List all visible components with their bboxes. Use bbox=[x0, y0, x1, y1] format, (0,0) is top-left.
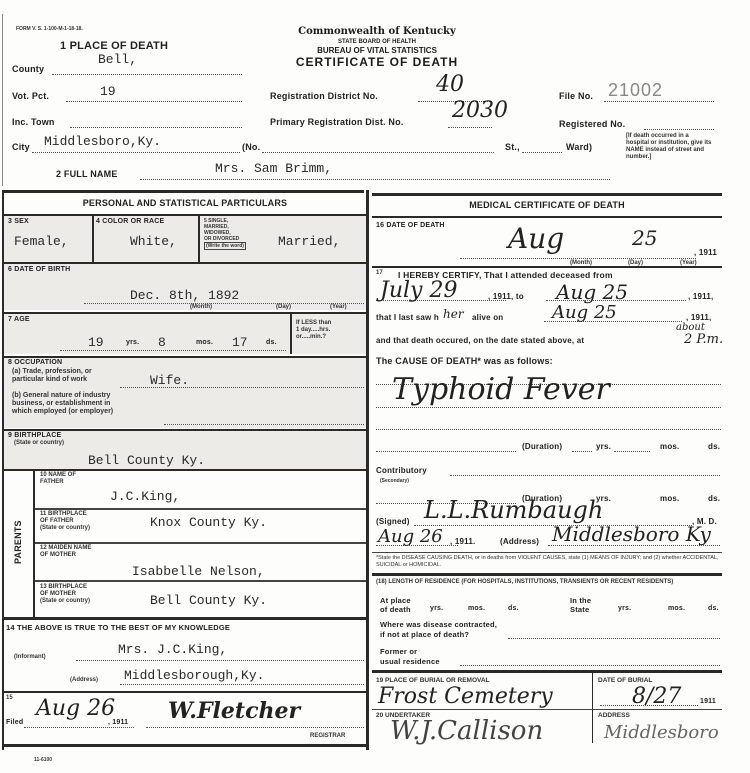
last-saw-year: , 1911, bbox=[686, 313, 711, 322]
cause-line bbox=[376, 407, 721, 408]
registration-district-label: Registration District No. bbox=[270, 91, 378, 101]
filed-year: , 1911 bbox=[108, 719, 128, 726]
file-no-label: File No. bbox=[559, 91, 593, 101]
hospital-note: [If death occurred in a hospital or inst… bbox=[626, 133, 712, 161]
death-time: 2 P.m. bbox=[684, 332, 723, 347]
duration-label: (Duration) bbox=[522, 442, 562, 451]
residence-title: (18) LENGTH OF RESIDENCE (FOR HOSPITALS,… bbox=[376, 579, 721, 586]
signed-date: Aug 26 bbox=[378, 526, 443, 547]
rule bbox=[372, 216, 722, 218]
color-race-value: White, bbox=[130, 234, 177, 249]
rule bbox=[372, 266, 722, 268]
filed-value: Aug 26 bbox=[36, 696, 115, 721]
age-ds-label: ds. bbox=[266, 339, 277, 346]
contracted-line bbox=[508, 638, 720, 639]
cause-label: The CAUSE OF DEATH* was as follows: bbox=[376, 356, 553, 366]
occupation-a-value: Wife. bbox=[150, 373, 189, 388]
last-saw-date: Aug 25 bbox=[552, 302, 617, 323]
certificate-title: CERTIFICATE OF DEATH bbox=[262, 55, 492, 69]
rule bbox=[4, 691, 366, 693]
parents-divider bbox=[33, 469, 35, 619]
inc-town-line bbox=[70, 127, 242, 128]
street-no-label: (No. bbox=[242, 142, 260, 152]
state-board: STATE BOARD OF HEALTH bbox=[262, 39, 492, 45]
vot-pct-value: 19 bbox=[100, 84, 116, 99]
birthplace-label: 9 BIRTHPLACE bbox=[8, 432, 61, 439]
duration-yrs-line bbox=[572, 451, 592, 452]
address-value: Middlesborough,Ky. bbox=[124, 668, 264, 683]
duration-ds: ds. bbox=[708, 442, 720, 451]
occupation-a-label: (a) Trade, profession, or particular kin… bbox=[12, 368, 92, 384]
former-residence-line bbox=[460, 665, 720, 666]
street-line bbox=[262, 152, 494, 153]
primary-registration-value: 2030 bbox=[452, 98, 508, 123]
in-state-label: In the State bbox=[570, 596, 600, 614]
last-saw-mid: alive on bbox=[472, 313, 503, 322]
duration-line bbox=[376, 451, 516, 452]
rule bbox=[4, 469, 366, 471]
cause-value: Typhoid Fever bbox=[392, 372, 610, 407]
rule bbox=[35, 508, 366, 510]
burial-place-value: Frost Cemetery bbox=[378, 684, 553, 709]
medical-section-title: MEDICAL CERTIFICATE OF DEATH bbox=[372, 200, 722, 210]
undertaker-address-value: Middlesboro bbox=[604, 722, 719, 743]
in-state-ds: ds. bbox=[708, 605, 719, 612]
burial-date-label: DATE OF BURIAL bbox=[598, 677, 652, 684]
contributory-line bbox=[450, 475, 720, 476]
informant-title: 14 THE ABOVE IS TRUE TO THE BEST OF MY K… bbox=[6, 623, 230, 632]
street-label: St., bbox=[505, 142, 520, 152]
cause-footnote: *State the DISEASE CAUSING DEATH, or in … bbox=[376, 555, 721, 569]
dob-year-caption: (Year) bbox=[330, 304, 347, 311]
mother-name-label: 12 MAIDEN NAME OF MOTHER bbox=[40, 545, 91, 559]
death-occurred-text: and that death occured, on the date stat… bbox=[376, 336, 584, 345]
at-place-yrs: yrs. bbox=[430, 605, 443, 612]
left-top-rule bbox=[2, 190, 364, 193]
secondary-label: (Secondary) bbox=[380, 478, 409, 485]
age-yrs-label: yrs. bbox=[126, 339, 139, 346]
city-line bbox=[32, 152, 240, 153]
burial-place-label: 19 PLACE OF BURIAL OR REMOVAL bbox=[376, 677, 490, 684]
center-divider bbox=[366, 190, 369, 750]
full-name-line bbox=[140, 179, 610, 180]
form-code: 11-6100 bbox=[34, 757, 52, 764]
informant-line bbox=[76, 660, 364, 661]
doctor-address-label: (Address) bbox=[500, 537, 539, 546]
less-than-day: If LESS than 1 day.....hrs. or.....min.? bbox=[296, 320, 331, 341]
age-days: 17 bbox=[232, 335, 248, 350]
date-of-death-year: , 1911 bbox=[694, 248, 717, 257]
bottom-rule bbox=[2, 744, 368, 747]
left-edge bbox=[2, 14, 3, 186]
form-number: FORM V. S. 1-100-M-1-18-18. bbox=[16, 26, 83, 33]
inc-town-label: Inc. Town bbox=[12, 117, 55, 127]
age-years: 19 bbox=[88, 335, 104, 350]
father-name-value: J.C.King, bbox=[110, 489, 180, 504]
personal-section-title: PERSONAL AND STATISTICAL PARTICULARS bbox=[4, 198, 366, 208]
occupation-b-line bbox=[164, 424, 364, 425]
informant-value: Mrs. J.C.King, bbox=[118, 642, 227, 657]
duration-yrs: yrs. bbox=[596, 442, 611, 451]
rule bbox=[372, 670, 722, 673]
signed-value: L.L.Rumbaugh bbox=[424, 496, 603, 524]
rule bbox=[35, 542, 366, 544]
informant-label: (Informant) bbox=[14, 654, 46, 661]
sex-label: 3 SEX bbox=[8, 218, 29, 225]
occupation-b-label: (b) General nature of industry business,… bbox=[12, 392, 113, 416]
contracted-label: Where was disease contracted, if not at … bbox=[380, 620, 497, 640]
attended-to: Aug 25 bbox=[556, 280, 628, 304]
dob-month-caption: (Month) bbox=[190, 304, 212, 311]
father-birthplace-value: Knox County Ky. bbox=[150, 515, 267, 530]
filed-number: 15 bbox=[6, 695, 13, 702]
rule bbox=[372, 552, 722, 553]
filed-line bbox=[24, 727, 134, 728]
registration-district-value: 40 bbox=[436, 72, 464, 97]
county-label: County bbox=[12, 64, 44, 74]
attended-from: July 29 bbox=[380, 278, 457, 303]
signed-label: (Signed) bbox=[376, 517, 410, 526]
dob-line bbox=[84, 303, 364, 304]
full-name-label: 2 FULL NAME bbox=[56, 169, 118, 179]
in-state-yrs: yrs. bbox=[618, 605, 631, 612]
at-place-label: At place of death bbox=[380, 596, 420, 614]
issuing-authority: Commonwealth of Kentucky STATE BOARD OF … bbox=[262, 26, 492, 69]
dob-value: Dec. 8th, 1892 bbox=[130, 288, 239, 303]
duration-mos: mos. bbox=[660, 442, 679, 451]
address-line bbox=[120, 684, 364, 685]
last-saw-prefix: that I last saw h bbox=[376, 313, 439, 322]
color-race-label: 4 COLOR OR RACE bbox=[96, 218, 164, 225]
mother-birthplace-label: 13 BIRTHPLACE OF MOTHER (State or countr… bbox=[40, 584, 90, 605]
rule bbox=[372, 709, 722, 710]
file-no-line bbox=[604, 101, 714, 102]
birthplace-sub: (State or country) bbox=[14, 440, 64, 447]
registered-no-label: Registered No. bbox=[559, 119, 625, 129]
mother-birthplace-value: Bell County Ky. bbox=[150, 593, 267, 608]
sex-value: Female, bbox=[14, 234, 69, 249]
dob-day-caption: (Day) bbox=[276, 304, 291, 311]
ward-line bbox=[522, 152, 562, 153]
father-name-label: 10 NAME OF FATHER bbox=[40, 472, 76, 486]
county-line bbox=[52, 74, 242, 75]
commonwealth-title: Commonwealth of Kentucky bbox=[262, 26, 492, 37]
marital-label: 5 SINGLE, MARRIED, WIDOWED, OR DIVORCED … bbox=[204, 218, 246, 250]
signed-year: , 1911. bbox=[450, 537, 475, 546]
certify-number: 17 bbox=[376, 270, 383, 277]
date-of-death-line bbox=[460, 258, 696, 259]
former-residence-label: Former or usual residence bbox=[380, 647, 440, 667]
rule bbox=[372, 573, 722, 576]
date-of-death-month: Aug bbox=[508, 222, 564, 255]
date-of-death-day: 25 bbox=[632, 226, 657, 250]
mother-name-value: Isabbelle Nelson, bbox=[132, 564, 265, 579]
birthplace-value: Bell County Ky. bbox=[88, 453, 205, 468]
last-saw-pronoun: her bbox=[443, 307, 464, 321]
registrar-signature: W.Fletcher bbox=[168, 698, 300, 724]
divider bbox=[592, 673, 593, 743]
date-of-death-label: 16 DATE OF DEATH bbox=[376, 222, 445, 229]
divider bbox=[290, 314, 292, 354]
duration-ds-2: ds. bbox=[708, 494, 720, 503]
age-line bbox=[60, 350, 286, 351]
county-value: Bell, bbox=[98, 52, 137, 67]
age-label: 7 AGE bbox=[8, 316, 30, 323]
right-top-rule bbox=[372, 193, 722, 196]
attended-to-year: , 1911, bbox=[688, 292, 713, 301]
rule bbox=[35, 580, 366, 582]
marital-value: Married, bbox=[278, 234, 340, 249]
vot-pct-line bbox=[66, 101, 242, 102]
full-name-value: Mrs. Sam Brimm, bbox=[215, 161, 332, 176]
at-place-ds: ds. bbox=[508, 605, 519, 612]
address-label: (Address) bbox=[70, 677, 98, 684]
registered-no-line bbox=[644, 129, 714, 130]
father-birthplace-label: 11 BIRTHPLACE OF FATHER (State or countr… bbox=[40, 511, 90, 532]
divider bbox=[198, 216, 200, 262]
parents-vertical-label: PARENTS bbox=[13, 536, 23, 564]
age-mos-label: mos. bbox=[196, 339, 213, 346]
duration-mos-2: mos. bbox=[660, 494, 679, 503]
duration-mos-line bbox=[614, 451, 650, 452]
ward-label: Ward) bbox=[566, 142, 592, 152]
undertaker-value: W.J.Callison bbox=[390, 716, 543, 746]
burial-date-value: 8/27 bbox=[632, 684, 681, 709]
rule bbox=[4, 617, 366, 620]
bureau: BUREAU OF VITAL STATISTICS bbox=[262, 46, 492, 55]
place-of-death-title: 1 PLACE OF DEATH bbox=[60, 40, 168, 52]
contributory-label: Contributory bbox=[376, 466, 427, 475]
divider bbox=[92, 216, 94, 262]
burial-year: 1911 bbox=[700, 698, 716, 705]
primary-registration-label: Primary Registration Dist. No. bbox=[270, 117, 404, 127]
at-place-mos: mos. bbox=[468, 605, 485, 612]
age-months: 8 bbox=[158, 335, 166, 350]
cause-line bbox=[376, 429, 721, 430]
primary-registration-line bbox=[448, 127, 492, 128]
city-label: City bbox=[12, 142, 30, 152]
registrar-line bbox=[146, 727, 364, 728]
undertaker-address-label: ADDRESS bbox=[598, 712, 630, 719]
occupation-label: 8 OCCUPATION bbox=[8, 359, 62, 366]
vot-pct-label: Vot. Pct. bbox=[12, 91, 49, 101]
dob-label: 6 DATE OF BIRTH bbox=[8, 266, 70, 273]
doctor-address-value: Middlesboro Ky bbox=[552, 522, 711, 546]
registrar-label: REGISTRAR bbox=[310, 733, 345, 740]
city-value: Middlesboro,Ky. bbox=[44, 134, 161, 149]
filed-label: Filed bbox=[6, 719, 23, 726]
attended-from-year: , 1911, to bbox=[488, 292, 524, 301]
file-no-value: 21002 bbox=[608, 80, 663, 101]
in-state-mos: mos. bbox=[668, 605, 685, 612]
